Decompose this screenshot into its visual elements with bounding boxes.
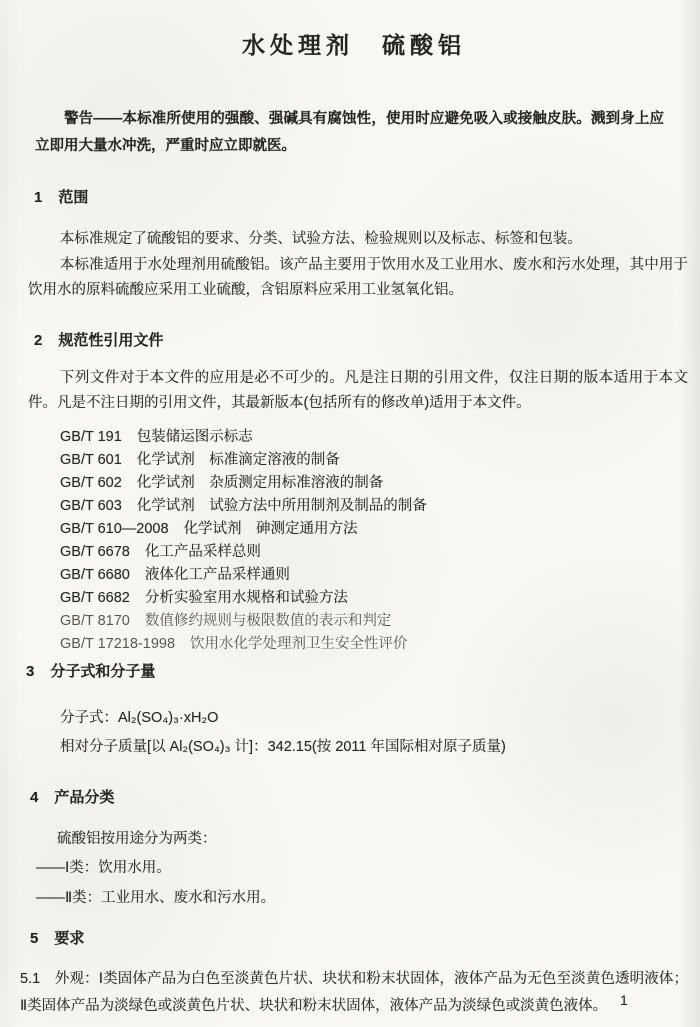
section-1-number: 1 — [34, 189, 42, 206]
section-5-heading: 5要求 — [30, 927, 688, 948]
page-content: 水处理剂 硫酸铝 警告——本标准所使用的强酸、强碱具有腐蚀性，使用时应避免吸入或… — [0, 0, 700, 1027]
section-3-title: 分子式和分子量 — [50, 663, 155, 680]
section-4-heading: 4产品分类 — [30, 786, 688, 807]
reference-item: GB/T 6678化工产品采样总则 — [60, 541, 688, 564]
classification-intro: 硫酸铝按用途分为两类： — [57, 827, 688, 851]
reference-code: GB/T 17218-1998 — [60, 633, 175, 656]
section-5-number: 5 — [30, 930, 38, 947]
section-1-heading: 1范围 — [34, 186, 688, 207]
reference-code: GB/T 191 — [60, 426, 122, 449]
reference-title: 饮用水化学处理剂卫生安全性评价 — [190, 636, 408, 652]
reference-code: GB/T 6678 — [60, 541, 130, 564]
reference-title: 化学试剂 标准滴定溶液的制备 — [137, 452, 340, 468]
reference-title: 数值修约规则与极限数值的表示和判定 — [145, 613, 392, 629]
reference-item: GB/T 6682分析实验室用水规格和试验方法 — [60, 587, 688, 610]
section-2-heading: 2规范性引用文件 — [34, 329, 688, 350]
reference-title: 包装储运图示标志 — [137, 429, 253, 445]
reference-code: GB/T 8170 — [60, 610, 130, 633]
section-4-number: 4 — [30, 789, 38, 806]
section-3-heading: 3分子式和分子量 — [26, 660, 688, 681]
reference-title: 化工产品采样总则 — [145, 544, 261, 560]
reference-item: GB/T 601化学试剂 标准滴定溶液的制备 — [60, 449, 688, 472]
section-2-title: 规范性引用文件 — [58, 332, 163, 349]
scope-paragraph-2: 本标准适用于水处理剂用硫酸铝。该产品主要用于饮用水及工业用水、废水和污水处理，其… — [28, 253, 688, 303]
scanned-standard-page: 水处理剂 硫酸铝 警告——本标准所使用的强酸、强碱具有腐蚀性，使用时应避免吸入或… — [0, 0, 700, 1027]
reference-title: 化学试剂 砷测定通用方法 — [184, 521, 358, 537]
reference-code: GB/T 6680 — [60, 564, 130, 587]
normative-references-list: GB/T 191包装储运图示标志 GB/T 601化学试剂 标准滴定溶液的制备 … — [60, 426, 688, 656]
normative-references-intro: 下列文件对于本文件的应用是必不可少的。凡是注日期的引用文件，仅注日期的版本适用于… — [28, 366, 688, 416]
reference-item: GB/T 603化学试剂 试验方法中所用制剂及制品的制备 — [60, 495, 688, 518]
section-5-title: 要求 — [54, 930, 84, 947]
document-title: 水处理剂 硫酸铝 — [20, 0, 688, 60]
relative-molecular-mass: 相对分子质量[以 Al₂(SO₄)₃ 计]：342.15(按 2011 年国际相… — [60, 735, 688, 759]
reference-title: 化学试剂 杂质测定用标准溶液的制备 — [137, 475, 384, 491]
section-4-title: 产品分类 — [54, 789, 114, 806]
section-1-title: 范围 — [58, 189, 88, 206]
section-2-number: 2 — [34, 332, 42, 349]
class-item-2: ——Ⅱ类：工业用水、废水和污水用。 — [36, 886, 688, 911]
reference-title: 液体化工产品采样通则 — [145, 567, 290, 583]
reference-item: GB/T 6680液体化工产品采样通则 — [60, 564, 688, 587]
reference-item: GB/T 8170数值修约规则与极限数值的表示和判定 — [60, 610, 688, 633]
section-3-number: 3 — [26, 663, 34, 680]
clause-5-1-appearance: 5.1 外观：Ⅰ类固体产品为白色至淡黄色片状、块状和粉末状固体，液体产品为无色至… — [20, 966, 688, 1020]
reference-code: GB/T 603 — [60, 495, 122, 518]
reference-item: GB/T 610—2008化学试剂 砷测定通用方法 — [60, 518, 688, 541]
page-number: 1 — [620, 992, 628, 1008]
reference-code: GB/T 602 — [60, 472, 122, 495]
reference-title: 化学试剂 试验方法中所用制剂及制品的制备 — [137, 498, 427, 514]
reference-code: GB/T 610—2008 — [60, 518, 169, 541]
warning-paragraph: 警告——本标准所使用的强酸、强碱具有腐蚀性，使用时应避免吸入或接触皮肤。溅到身上… — [35, 106, 664, 160]
reference-title: 分析实验室用水规格和试验方法 — [145, 590, 348, 606]
reference-item: GB/T 602化学试剂 杂质测定用标准溶液的制备 — [60, 472, 688, 495]
reference-item: GB/T 17218-1998饮用水化学处理剂卫生安全性评价 — [60, 633, 688, 656]
molecular-formula: 分子式：Al₂(SO₄)₃·xH₂O — [60, 706, 688, 730]
class-item-1: ——Ⅰ类：饮用水用。 — [36, 856, 688, 881]
scope-paragraph-1: 本标准规定了硫酸铝的要求、分类、试验方法、检验规则以及标志、标签和包装。 — [28, 227, 688, 252]
reference-code: GB/T 6682 — [60, 587, 130, 610]
reference-code: GB/T 601 — [60, 449, 122, 472]
reference-item: GB/T 191包装储运图示标志 — [60, 426, 688, 449]
